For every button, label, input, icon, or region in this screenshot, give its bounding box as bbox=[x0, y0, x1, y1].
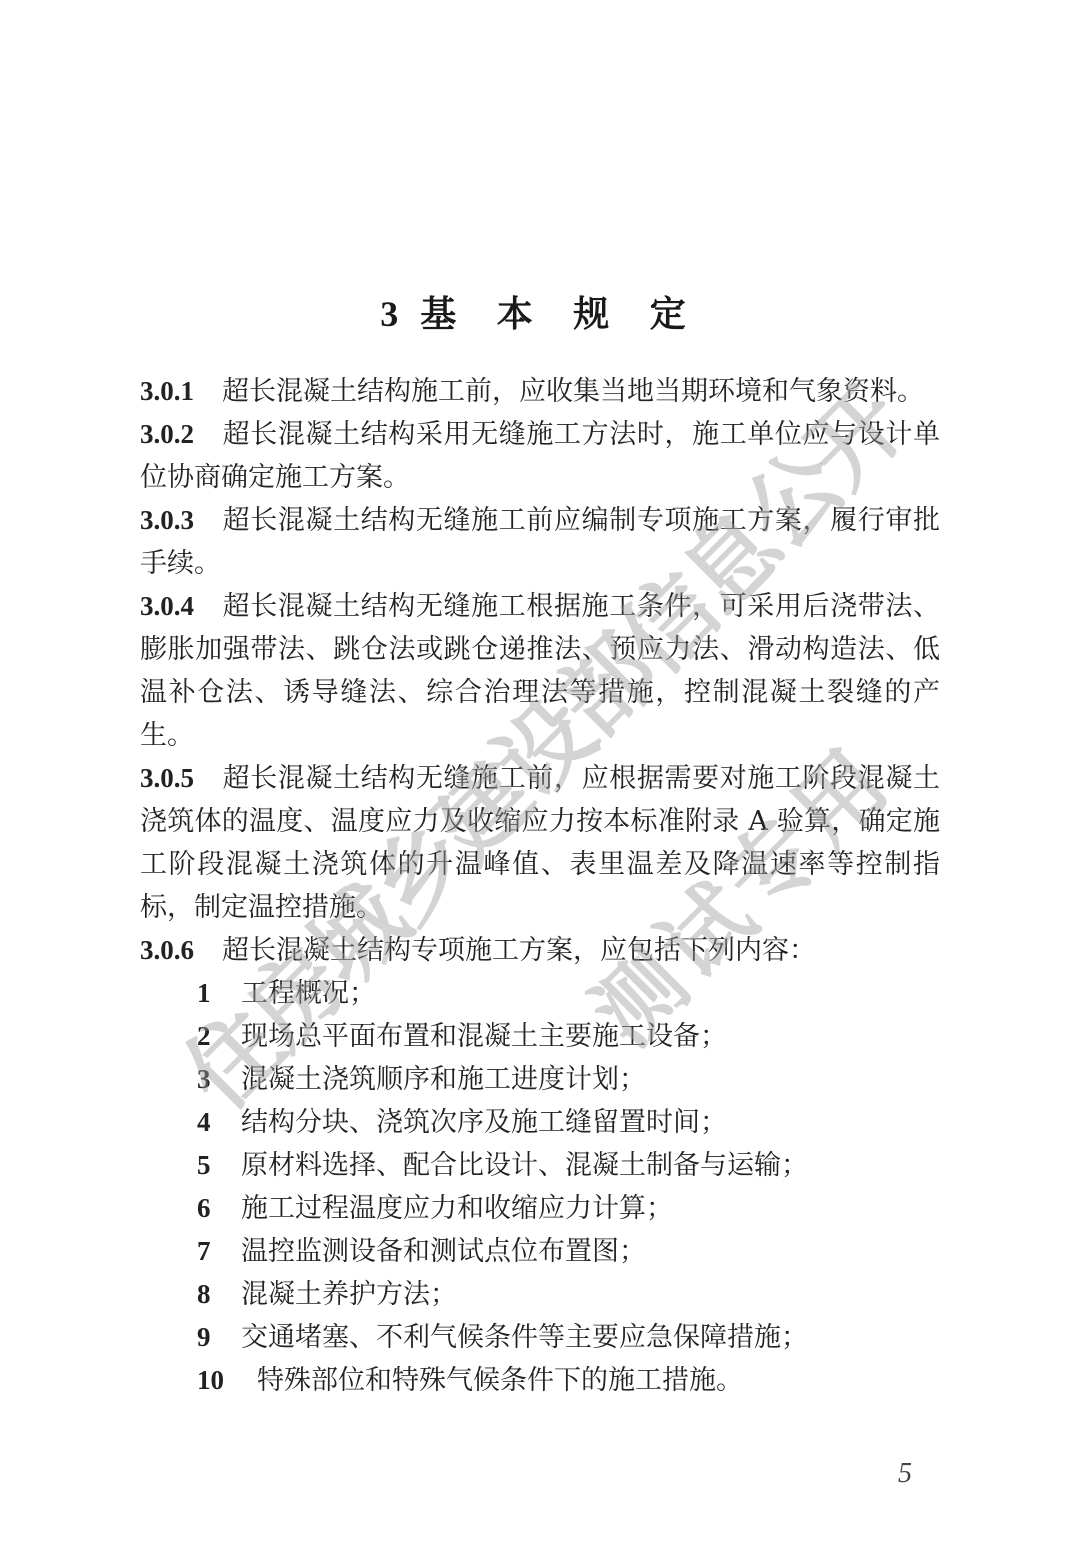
clause-text: 超长混凝土结构无缝施工根据施工条件，可采用后浇带法、膨胀加强带法、跳仓法或跳仓递… bbox=[140, 591, 940, 751]
list-item: 8混凝土养护方法； bbox=[140, 1273, 940, 1316]
list-item-number: 4 bbox=[197, 1101, 241, 1144]
clause-number: 3.0.6 bbox=[140, 935, 194, 965]
list-item: 5原材料选择、配合比设计、混凝土制备与运输； bbox=[140, 1144, 940, 1187]
list-item-text: 混凝土浇筑顺序和施工进度计划； bbox=[241, 1064, 646, 1095]
clause-number: 3.0.5 bbox=[140, 763, 194, 793]
clause-text: 超长混凝土结构无缝施工前，应根据需要对施工阶段混凝土浇筑体的温度、温度应力及收缩… bbox=[140, 763, 940, 923]
content-list: 1工程概况； 2现场总平面布置和混凝土主要施工设备； 3混凝土浇筑顺序和施工进度… bbox=[140, 972, 940, 1402]
list-item: 4结构分块、浇筑次序及施工缝留置时间； bbox=[140, 1101, 940, 1144]
list-item-text: 结构分块、浇筑次序及施工缝留置时间； bbox=[241, 1107, 727, 1138]
list-item: 1工程概况； bbox=[140, 972, 940, 1015]
list-item: 10特殊部位和特殊气候条件下的施工措施。 bbox=[140, 1359, 940, 1402]
list-item: 6施工过程温度应力和收缩应力计算； bbox=[140, 1187, 940, 1230]
clause-3-0-1: 3.0.1超长混凝土结构施工前，应收集当地当期环境和气象资料。 bbox=[140, 370, 940, 413]
list-item: 9交通堵塞、不利气候条件等主要应急保障措施； bbox=[140, 1316, 940, 1359]
page-number: 5 bbox=[898, 1458, 912, 1490]
document-page: 3基 本 规 定 3.0.1超长混凝土结构施工前，应收集当地当期环境和气象资料。… bbox=[0, 0, 1080, 1565]
list-item-number: 3 bbox=[197, 1058, 241, 1101]
chapter-title: 3基 本 规 定 bbox=[0, 286, 1080, 337]
list-item: 3混凝土浇筑顺序和施工进度计划； bbox=[140, 1058, 940, 1101]
list-item-number: 6 bbox=[197, 1187, 241, 1230]
clause-text: 超长混凝土结构专项施工方案，应包括下列内容： bbox=[222, 935, 816, 966]
clause-3-0-5: 3.0.5超长混凝土结构无缝施工前，应根据需要对施工阶段混凝土浇筑体的温度、温度… bbox=[140, 757, 940, 929]
list-item-text: 工程概况； bbox=[241, 978, 376, 1009]
list-item-number: 5 bbox=[197, 1144, 241, 1187]
list-item: 2现场总平面布置和混凝土主要施工设备； bbox=[140, 1015, 940, 1058]
list-item-number: 7 bbox=[197, 1230, 241, 1273]
list-item-text: 交通堵塞、不利气候条件等主要应急保障措施； bbox=[241, 1322, 808, 1353]
list-item-number: 9 bbox=[197, 1316, 241, 1359]
clause-number: 3.0.4 bbox=[140, 591, 194, 621]
list-item-text: 温控监测设备和测试点位布置图； bbox=[241, 1236, 646, 1267]
document-body: 3.0.1超长混凝土结构施工前，应收集当地当期环境和气象资料。 3.0.2超长混… bbox=[140, 370, 940, 1402]
clause-number: 3.0.1 bbox=[140, 376, 194, 406]
list-item-text: 现场总平面布置和混凝土主要施工设备； bbox=[241, 1021, 727, 1052]
list-item-text: 施工过程温度应力和收缩应力计算； bbox=[241, 1193, 673, 1224]
list-item-text: 特殊部位和特殊气候条件下的施工措施。 bbox=[257, 1365, 743, 1396]
clause-3-0-6: 3.0.6超长混凝土结构专项施工方案，应包括下列内容： bbox=[140, 929, 940, 972]
list-item-number: 8 bbox=[197, 1273, 241, 1316]
list-item-text: 混凝土养护方法； bbox=[241, 1279, 457, 1310]
clause-text: 超长混凝土结构无缝施工前应编制专项施工方案，履行审批手续。 bbox=[140, 505, 940, 579]
list-item-text: 原材料选择、配合比设计、混凝土制备与运输； bbox=[241, 1150, 808, 1181]
chapter-title-text: 基 本 规 定 bbox=[420, 293, 700, 335]
clause-3-0-3: 3.0.3超长混凝土结构无缝施工前应编制专项施工方案，履行审批手续。 bbox=[140, 499, 940, 585]
list-item-number: 1 bbox=[197, 972, 241, 1015]
clause-3-0-2: 3.0.2超长混凝土结构采用无缝施工方法时，施工单位应与设计单位协商确定施工方案… bbox=[140, 413, 940, 499]
chapter-number: 3 bbox=[380, 294, 398, 334]
clause-3-0-4: 3.0.4超长混凝土结构无缝施工根据施工条件，可采用后浇带法、膨胀加强带法、跳仓… bbox=[140, 585, 940, 757]
list-item-number: 10 bbox=[197, 1359, 257, 1402]
list-item: 7温控监测设备和测试点位布置图； bbox=[140, 1230, 940, 1273]
list-item-number: 2 bbox=[197, 1015, 241, 1058]
clause-number: 3.0.3 bbox=[140, 505, 194, 535]
clause-text: 超长混凝土结构施工前，应收集当地当期环境和气象资料。 bbox=[222, 376, 924, 407]
clause-text: 超长混凝土结构采用无缝施工方法时，施工单位应与设计单位协商确定施工方案。 bbox=[140, 419, 940, 493]
clause-number: 3.0.2 bbox=[140, 419, 194, 449]
